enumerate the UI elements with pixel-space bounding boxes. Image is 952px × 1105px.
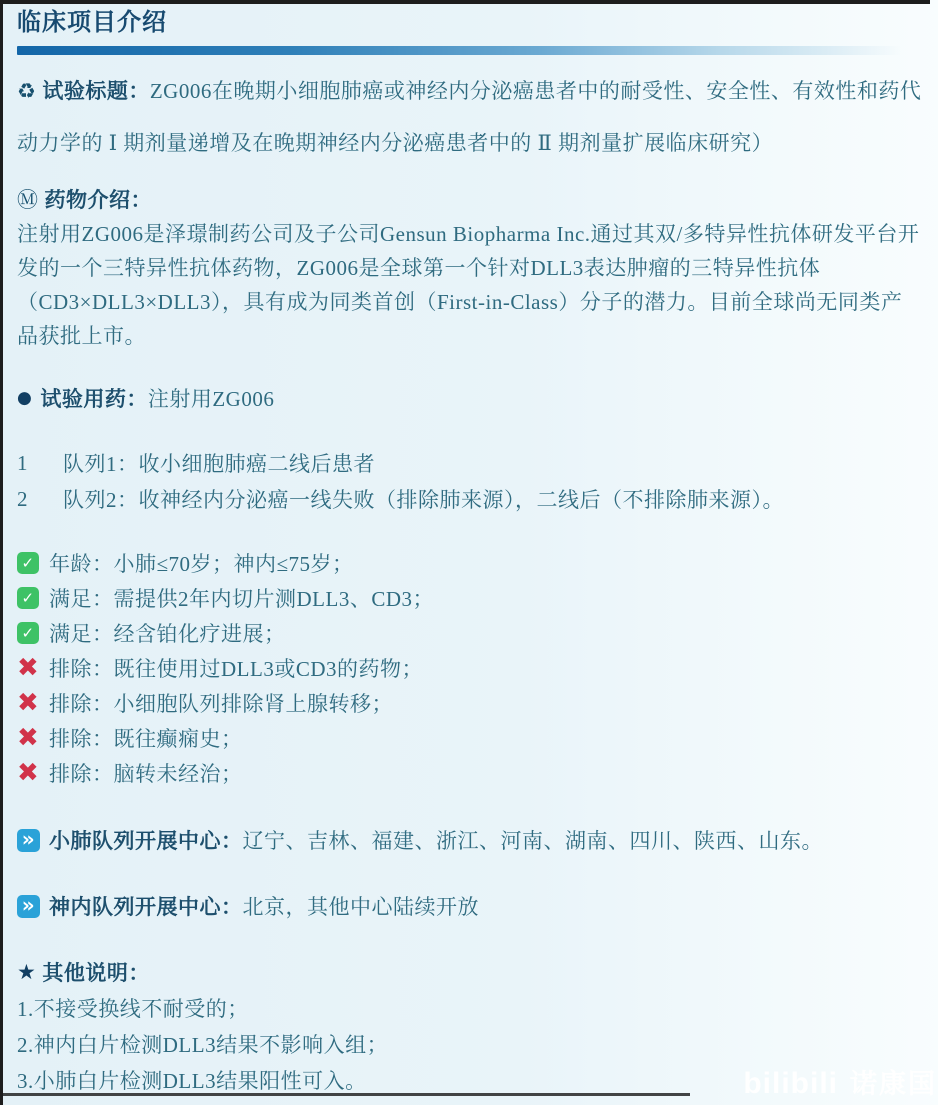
fast-forward-icon: » (17, 895, 40, 918)
inclusion-text: 满足：需提供2年内切片测DLL3、CD3； (49, 583, 434, 613)
trial-drug-label: 试验用药： (40, 383, 148, 413)
center-row: » 小肺队列开展中心： 辽宁、吉林、福建、浙江、河南、湖南、四川、陕西、山东。 (17, 822, 918, 858)
cross-icon: ✖ (17, 655, 41, 681)
watermark-uploader-name: 诺康国际 (850, 1062, 952, 1101)
center-label: 小肺队列开展中心： (49, 825, 243, 855)
center-row: » 神内队列开展中心： 北京，其他中心陆续开放 (17, 888, 918, 924)
drug-intro-paragraph: 注射用ZG006是泽璟制药公司及子公司Gensun Biopharma Inc.… (17, 217, 922, 353)
exclusion-text: 排除：既往癫痫史； (49, 723, 243, 753)
photo-edge-top (0, 0, 930, 4)
trial-title-label: 试验标题： (42, 79, 150, 103)
cohort-row: 1 队列1：收小细胞肺癌二线后患者 (17, 445, 918, 481)
inclusion-item: ✓ 满足：需提供2年内切片测DLL3、CD3； (17, 580, 918, 615)
exclusion-item: ✖ 排除：既往使用过DLL3或CD3的药物； (17, 650, 918, 685)
bilibili-logo: bilibili (743, 1067, 838, 1101)
watermark: bilibili 诺康国际 (743, 1062, 952, 1101)
exclusion-item: ✖ 排除：小细胞队列排除肾上腺转移； (17, 685, 918, 720)
inclusion-text: 年龄：小肺≤70岁；神内≤75岁； (49, 548, 354, 578)
recycle-icon: ♻ (17, 65, 36, 117)
center-label: 神内队列开展中心： (49, 891, 243, 921)
note-item: 1.不接受换线不耐受的； (17, 990, 918, 1026)
cross-icon: ✖ (17, 690, 41, 716)
cross-icon: ✖ (17, 760, 41, 786)
inclusion-item: ✓ 满足：经含铂化疗进展； (17, 615, 918, 650)
cohort-list: 1 队列1：收小细胞肺癌二线后患者 2 队列2：收神经内分泌癌一线失败（排除肺来… (17, 445, 918, 517)
exclusion-item: ✖ 排除：既往癫痫史； (17, 720, 918, 755)
exclusion-text: 排除：既往使用过DLL3或CD3的药物； (49, 653, 423, 683)
trial-drug-row: ● 试验用药： 注射用ZG006 (17, 381, 918, 415)
center-text: 北京，其他中心陆续开放 (243, 891, 480, 921)
fast-forward-icon: » (17, 829, 40, 852)
exclusion-text: 排除：脑转未经治； (49, 758, 243, 788)
cohort-number: 2 (17, 487, 35, 512)
drug-intro-label: 药物介绍： (45, 188, 153, 212)
bullet-icon: ● (17, 388, 32, 408)
trial-title-text: ZG006在晚期小细胞肺癌或神经内分泌癌患者中的耐受性、安全性、有效性和药代动力… (17, 79, 921, 155)
check-icon: ✓ (17, 552, 39, 574)
exclusion-text: 排除：小细胞队列排除肾上腺转移； (49, 688, 393, 718)
trial-title-paragraph: ♻试验标题：ZG006在晚期小细胞肺癌或神经内分泌癌患者中的耐受性、安全性、有效… (17, 65, 922, 169)
cohort-number: 1 (17, 451, 35, 476)
slide-content: 临床项目介绍 ♻试验标题：ZG006在晚期小细胞肺癌或神经内分泌癌患者中的耐受性… (0, 8, 952, 1098)
star-icon: ★ (17, 960, 36, 984)
notes-header: ★ 其他说明： (17, 954, 918, 990)
drug-intro-header: Ⓜ药物介绍： (17, 183, 918, 217)
cross-icon: ✖ (17, 725, 41, 751)
exclusion-item: ✖ 排除：脑转未经治； (17, 755, 918, 790)
inclusion-text: 满足：经含铂化疗进展； (49, 618, 286, 648)
slide-page: 临床项目介绍 ♻试验标题：ZG006在晚期小细胞肺癌或神经内分泌癌患者中的耐受性… (0, 0, 952, 1105)
criteria-list: ✓ 年龄：小肺≤70岁；神内≤75岁； ✓ 满足：需提供2年内切片测DLL3、C… (17, 545, 918, 790)
circled-m-icon: Ⓜ (17, 183, 39, 217)
cohort-text: 队列2：收神经内分泌癌一线失败（排除肺来源），二线后（不排除肺来源）。 (63, 484, 784, 514)
accent-divider-bar (17, 46, 920, 55)
cohort-text: 队列1：收小细胞肺癌二线后患者 (63, 448, 375, 478)
cohort-row: 2 队列2：收神经内分泌癌一线失败（排除肺来源），二线后（不排除肺来源）。 (17, 481, 918, 517)
note-item: 2.神内白片检测DLL3结果不影响入组； (17, 1026, 918, 1062)
center-text: 辽宁、吉林、福建、浙江、河南、湖南、四川、陕西、山东。 (243, 825, 824, 855)
inclusion-item: ✓ 年龄：小肺≤70岁；神内≤75岁； (17, 545, 918, 580)
trial-drug-text: 注射用ZG006 (148, 383, 275, 413)
notes-label: 其他说明： (42, 957, 150, 987)
check-icon: ✓ (17, 587, 39, 609)
page-title: 临床项目介绍 (17, 8, 918, 38)
check-icon: ✓ (17, 622, 39, 644)
